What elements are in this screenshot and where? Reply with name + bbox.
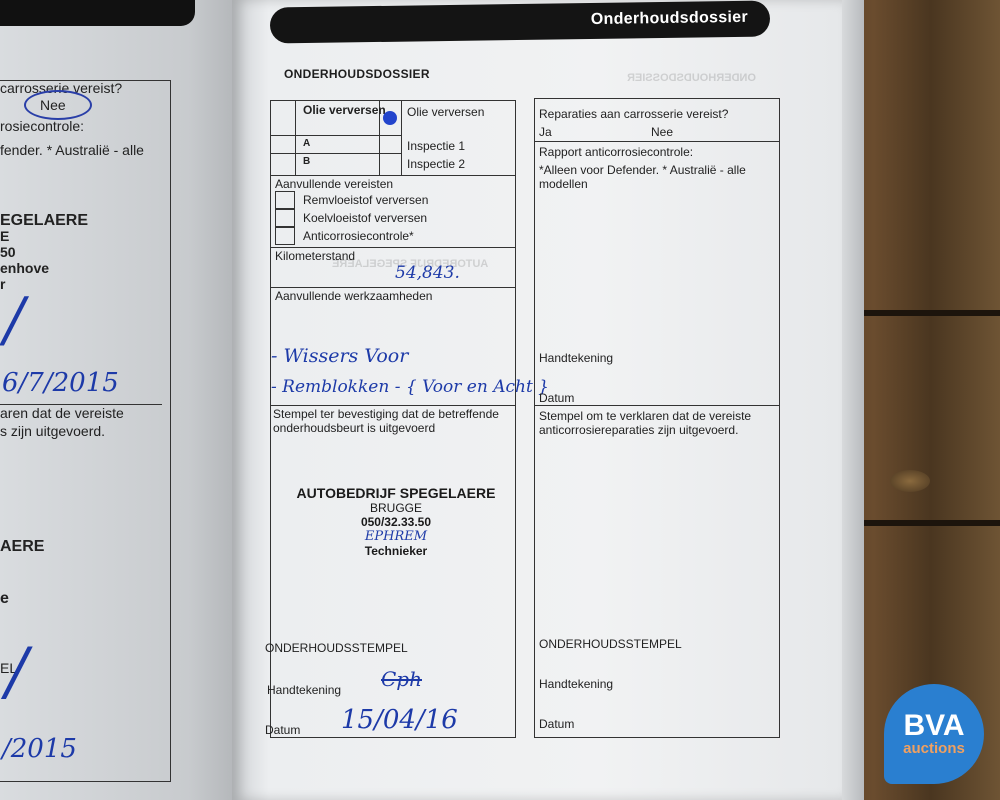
- left-stamp-line-6: e: [0, 590, 9, 608]
- repairs-no-option[interactable]: Nee: [651, 125, 673, 139]
- anticorrosion-label: Anticorrosiecontrole*: [303, 229, 414, 243]
- brake-fluid-label: Remvloeistof verversen: [303, 193, 428, 207]
- page-stack-edge: [842, 0, 864, 800]
- oil-change-checkmark[interactable]: [383, 111, 397, 125]
- left-stamp-company-2: AERE: [0, 538, 44, 556]
- bva-auctions-logo: BVA auctions: [884, 684, 984, 784]
- grid-row: [535, 141, 779, 142]
- left-stamp-caption-2: s zijn uitgevoerd.: [0, 423, 105, 439]
- signature-label: Handtekening: [267, 683, 341, 697]
- repairs-yes-option[interactable]: Ja: [539, 125, 552, 139]
- grid-row: [271, 153, 401, 154]
- additional-work-entry-2[interactable]: - Remblokken - { Voor en Acht }: [271, 377, 549, 397]
- option-b-code: B: [303, 155, 310, 169]
- date-value[interactable]: 15/04/16: [341, 705, 458, 735]
- left-stamp-line-4: enhove: [0, 260, 49, 276]
- left-stamp-caption-1: aren dat de vereiste: [0, 405, 124, 421]
- option-inspection-1-label: Inspectie 1: [407, 139, 465, 153]
- checkbox-brake-fluid[interactable]: [275, 191, 295, 209]
- body-date-label-2: Datum: [539, 717, 574, 731]
- additional-work-entry-1[interactable]: - Wissers Voor: [271, 345, 408, 367]
- logo-brand: BVA: [903, 711, 964, 741]
- left-signature-stroke: /: [4, 290, 24, 350]
- date-label: Datum: [265, 723, 300, 737]
- anticorrosion-report-label: Rapport anticorrosiecontrole:: [539, 145, 693, 159]
- left-stamp-line-3: 50: [0, 244, 16, 260]
- grid-row: [271, 247, 515, 248]
- signature-value[interactable]: Cph: [381, 667, 422, 691]
- repairs-question: Reparaties aan carrosserie vereist?: [539, 107, 728, 121]
- grid-row: [535, 405, 779, 406]
- body-signature-label-2: Handtekening: [539, 677, 613, 691]
- odometer-label: Kilometerstand: [275, 249, 355, 263]
- grid-col: [295, 101, 296, 175]
- left-anticorrosion-label: rosiecontrole:: [0, 118, 84, 134]
- left-handwritten-date: 6/7/2015: [2, 368, 119, 398]
- section-title: ONDERHOUDSDOSSIER: [284, 67, 430, 81]
- body-stamp-caption: Stempel om te verklaren dat de vereiste …: [539, 409, 775, 437]
- left-stamp-company: EGELAERE: [0, 212, 88, 230]
- coolant-label: Koelvloeistof verversen: [303, 211, 427, 225]
- anticorrosion-note: *Alleen voor Defender. * Australië - all…: [539, 163, 759, 191]
- grid-row: [271, 405, 515, 406]
- left-stamp-line-2: E: [0, 228, 9, 244]
- body-signature-label: Handtekening: [539, 351, 613, 365]
- stamp-phone: 050/32.33.50: [291, 515, 501, 529]
- checkbox-anticorrosion[interactable]: [275, 227, 295, 245]
- logo-tagline: auctions: [903, 741, 965, 757]
- left-signature-stroke-2: /: [6, 640, 28, 704]
- banner-title: Onderhoudsdossier: [591, 9, 748, 29]
- maintenance-record-page: Onderhoudsdossier ONDERHOUDSDOSSIER ONDE…: [232, 0, 842, 800]
- stamp-handwritten-name: EPHREM: [291, 529, 501, 544]
- left-page-header-bar: [0, 0, 195, 26]
- grid-row: [271, 287, 515, 288]
- stamp-city: BRUGGE: [291, 501, 501, 515]
- option-a-code: A: [303, 137, 310, 151]
- left-no-circle-mark: [24, 90, 92, 120]
- left-page: carrosserie vereist? Nee rosiecontrole: …: [0, 0, 235, 800]
- option-oil-change-label: Olie verversen: [407, 105, 484, 119]
- grid-row: [271, 175, 515, 176]
- option-inspection-2-label: Inspectie 2: [407, 157, 465, 171]
- additional-work-label: Aanvullende werkzaamheden: [275, 289, 432, 303]
- left-anticorrosion-note: fender. * Australië - alle: [0, 142, 144, 158]
- stamp-company: AUTOBEDRIJF SPEGELAERE: [291, 485, 501, 501]
- garage-stamp: AUTOBEDRIJF SPEGELAERE BRUGGE 050/32.33.…: [291, 485, 501, 558]
- left-handwritten-date-2: /2015: [2, 734, 77, 764]
- additional-requirements-label: Aanvullende vereisten: [275, 177, 393, 191]
- stamp-role: Technieker: [291, 544, 501, 558]
- stamp-caption: Stempel ter bevestiging dat de betreffen…: [273, 407, 513, 435]
- body-maintenance-stamp-label: ONDERHOUDSSTEMPEL: [539, 637, 682, 651]
- odometer-value[interactable]: 54,843.: [395, 263, 460, 283]
- page-header-banner: Onderhoudsdossier: [270, 1, 770, 44]
- oil-change-header: Olie verversen: [303, 103, 386, 117]
- service-form: Olie verversen Olie verversen A Inspecti…: [270, 100, 516, 738]
- body-date-label: Datum: [539, 391, 574, 405]
- grid-col: [401, 101, 402, 175]
- show-through-text: ONDERHOUDSDOSSIER: [627, 72, 756, 84]
- body-form: Reparaties aan carrosserie vereist? Ja N…: [534, 98, 780, 738]
- checkbox-coolant[interactable]: [275, 209, 295, 227]
- grid-row: [271, 135, 401, 136]
- maintenance-stamp-label: ONDERHOUDSSTEMPEL: [265, 641, 408, 655]
